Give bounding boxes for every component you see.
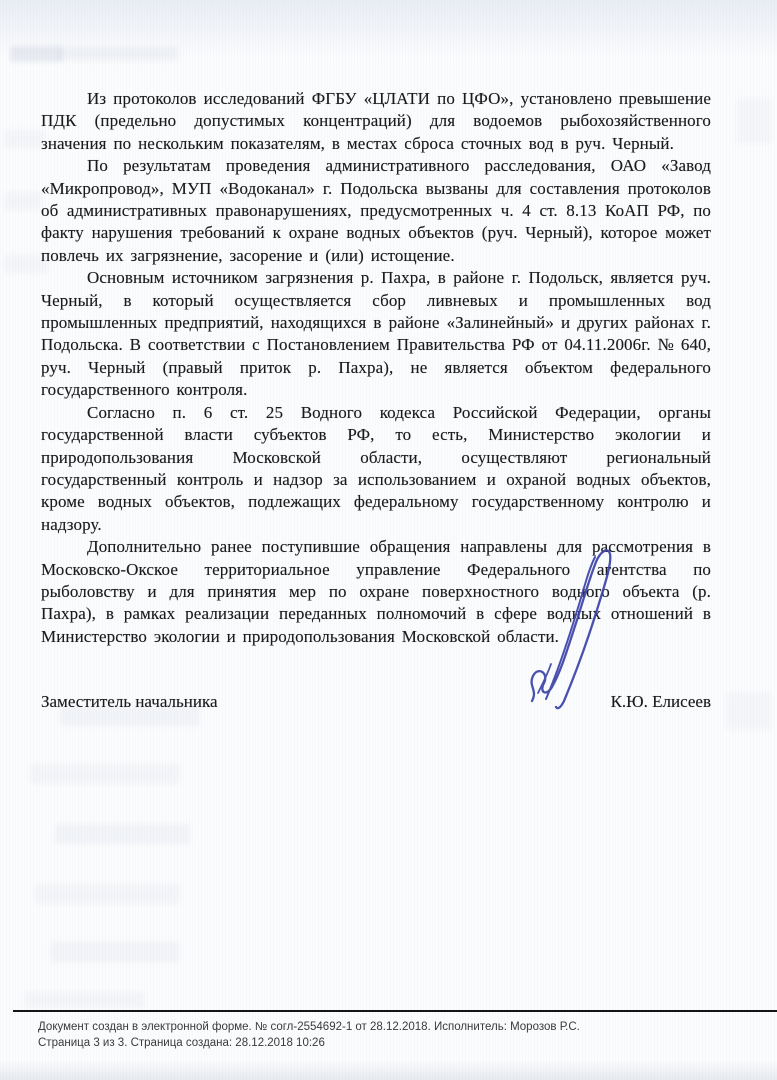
paragraph-lab-protocols: Из протоколов исследований ФГБУ «ЦЛАТИ п… bbox=[41, 88, 711, 155]
bleed-through-artifact bbox=[4, 192, 42, 210]
bleed-through-artifact bbox=[55, 824, 190, 844]
signer-position-title: Заместитель начальника bbox=[41, 692, 218, 712]
bleed-through-artifact bbox=[4, 130, 46, 148]
document-system-footer: Документ создан в электронной форме. № с… bbox=[38, 1020, 738, 1051]
footer-page-info: Страница 3 из 3. Страница создана: 28.12… bbox=[38, 1036, 738, 1052]
bleed-through-artifact bbox=[726, 692, 772, 730]
footer-document-info: Документ создан в электронной форме. № с… bbox=[38, 1020, 738, 1036]
paragraph-pollution-source: Основным источником загрязнения р. Пахра… bbox=[41, 267, 711, 401]
scanned-document-page: Из протоколов исследований ФГБУ «ЦЛАТИ п… bbox=[0, 0, 777, 1080]
bleed-through-artifact bbox=[30, 764, 180, 784]
bleed-through-artifact bbox=[25, 992, 145, 1008]
bleed-through-artifact bbox=[35, 884, 180, 904]
paragraph-water-code: Согласно п. 6 ст. 25 Водного кодекса Рос… bbox=[41, 402, 711, 536]
letter-body: Из протоколов исследований ФГБУ «ЦЛАТИ п… bbox=[41, 88, 711, 712]
footer-divider-line bbox=[13, 1010, 777, 1012]
bleed-through-artifact bbox=[10, 46, 62, 62]
signer-name: К.Ю. Елисеев bbox=[611, 692, 711, 712]
paragraph-forwarded-appeals: Дополнительно ранее поступившие обращени… bbox=[41, 536, 711, 648]
signature-block: Заместитель начальника К.Ю. Елисеев bbox=[41, 692, 711, 712]
bleed-through-artifact bbox=[50, 942, 180, 962]
bleed-through-artifact bbox=[736, 98, 772, 144]
bleed-through-artifact bbox=[58, 47, 178, 61]
paragraph-administrative-investigation: По результатам проведения административн… bbox=[41, 155, 711, 267]
